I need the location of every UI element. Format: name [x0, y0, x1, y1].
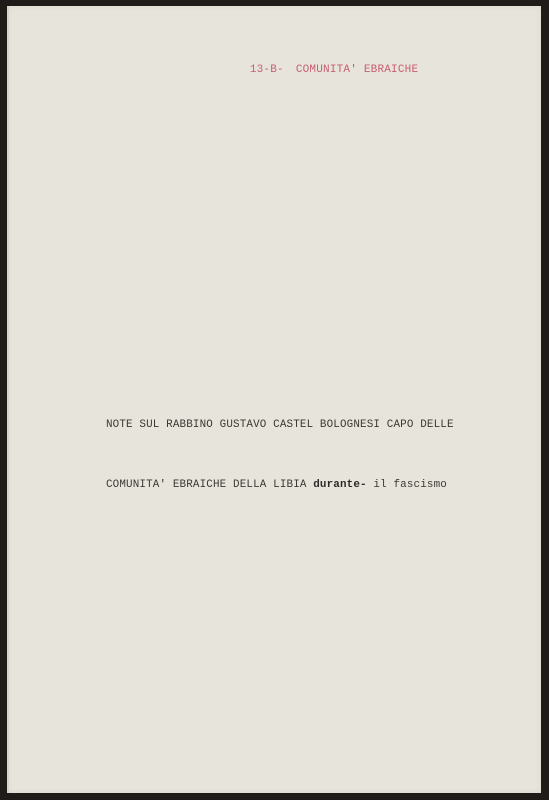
- section-code: 13-B-: [250, 64, 284, 76]
- paper-edge: [7, 6, 9, 793]
- section-title: COMUNITA' EBRAICHE: [296, 64, 418, 76]
- page-header: 13-B-COMUNITA' EBRAICHE: [209, 52, 418, 88]
- title-line-2-rest: il fascismo: [367, 479, 447, 491]
- typed-correction: durante-: [313, 479, 366, 491]
- title-line-2: COMUNITA' EBRAICHE DELLA LIBIA durante- …: [106, 475, 454, 495]
- scan-frame: 13-B-COMUNITA' EBRAICHE NOTE SUL RABBINO…: [0, 0, 549, 800]
- title-line-2-typed: COMUNITA' EBRAICHE DELLA LIBIA: [106, 479, 313, 491]
- document-title-block: NOTE SUL RABBINO GUSTAVO CASTEL BOLOGNES…: [106, 375, 454, 535]
- typed-page: 13-B-COMUNITA' EBRAICHE NOTE SUL RABBINO…: [7, 6, 541, 793]
- title-line-1: NOTE SUL RABBINO GUSTAVO CASTEL BOLOGNES…: [106, 415, 454, 435]
